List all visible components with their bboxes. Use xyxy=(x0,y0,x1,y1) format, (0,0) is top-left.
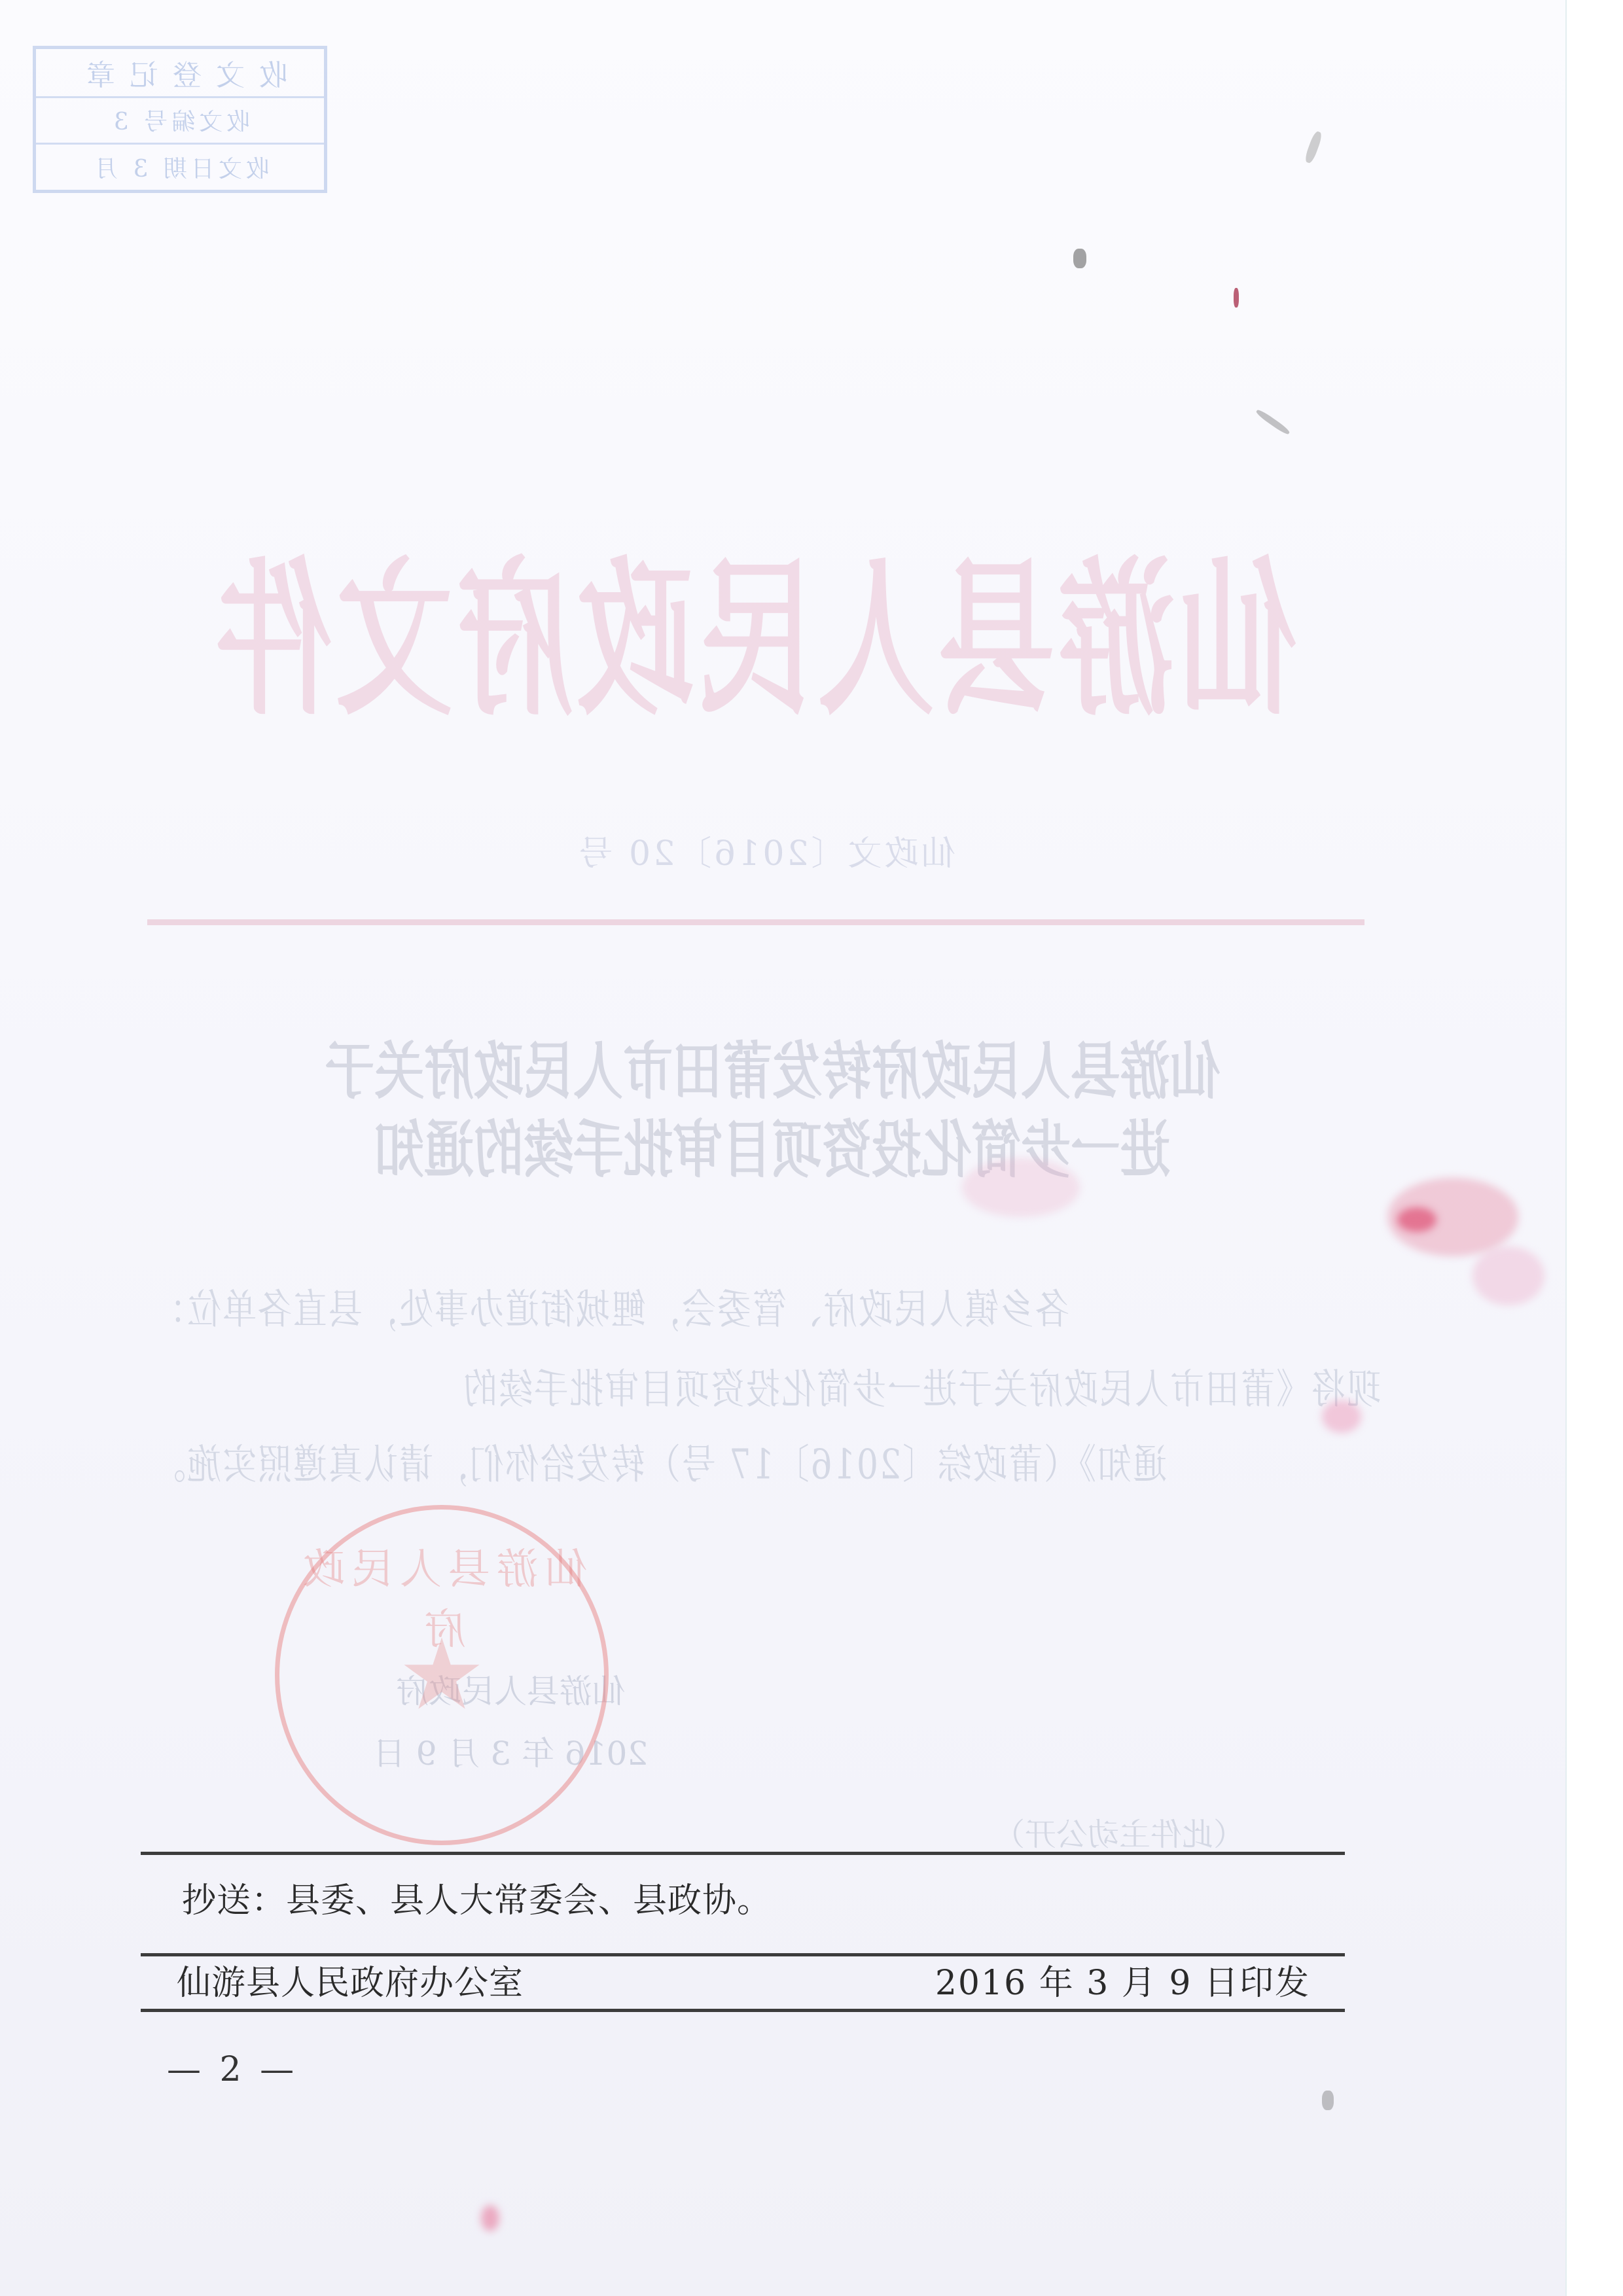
show-through-doc-number: 仙政文〔2016〕20 号 xyxy=(537,826,995,875)
stamp-title: 收文登记章 xyxy=(72,52,288,94)
colophon-rule-bottom xyxy=(141,2009,1345,2012)
pink-spot xyxy=(481,2205,499,2231)
pink-smudge xyxy=(962,1158,1080,1217)
official-seal: 仙游县人民政府 ★ xyxy=(275,1505,609,1845)
scan-bed-edge xyxy=(1565,0,1623,2296)
red-ink-spot xyxy=(1397,1207,1436,1232)
stamp-row-number: 收文编号 3 xyxy=(110,103,250,137)
page-number: — 2 — xyxy=(167,2050,298,2089)
colophon-rule-top xyxy=(141,1852,1345,1855)
cc-recipients: 抄送：县委、县人大常委会、县政协。 xyxy=(182,1873,772,1922)
show-through-heading-line2: 进一步简化投资项目审批手续的通知 xyxy=(216,1100,1329,1189)
dirt-streak xyxy=(1255,408,1291,436)
received-registration-stamp: 收文登记章 收文编号 3 收文日期 3 月 xyxy=(33,46,327,193)
show-through-body-line1: 各乡镇人民政府、管委会，鲤城街道办事处，县直各单位： xyxy=(151,1277,1381,1335)
show-through-heading-line1: 仙游县人民政府转发莆田市人民政府关于 xyxy=(216,1021,1329,1110)
dirt-speck xyxy=(1073,249,1086,268)
show-through-disclosure-note: （此件主动公开） xyxy=(949,1809,1289,1854)
pink-smudge xyxy=(1472,1246,1544,1305)
show-through-body-line2: 现将《莆田市人民政府关于进一步简化投资项目审批手续的 xyxy=(151,1356,1381,1415)
seal-star-icon: ★ xyxy=(398,1618,486,1732)
stamp-row-date: 收文日期 3 月 xyxy=(90,150,270,184)
dirt-streak xyxy=(1304,130,1323,164)
show-through-masthead: 仙游县人民政府文件 xyxy=(236,504,1296,747)
issuing-office: 仙游县人民政府办公室 xyxy=(177,1955,524,2004)
pink-smudge xyxy=(1322,1400,1361,1433)
dirt-speck xyxy=(1234,288,1239,308)
show-through-red-divider xyxy=(147,919,1364,925)
show-through-body-line3: 通知》（莆政综〔2016〕17 号）转发给你们，请认真遵照实施。 xyxy=(151,1432,1381,1491)
dirt-speck xyxy=(1322,2091,1334,2110)
scanned-page: 收文登记章 收文编号 3 收文日期 3 月 仙游县人民政府文件 仙政文〔2016… xyxy=(0,0,1565,2296)
issue-date: 2016 年 3 月 9 日印发 xyxy=(935,1955,1310,2004)
